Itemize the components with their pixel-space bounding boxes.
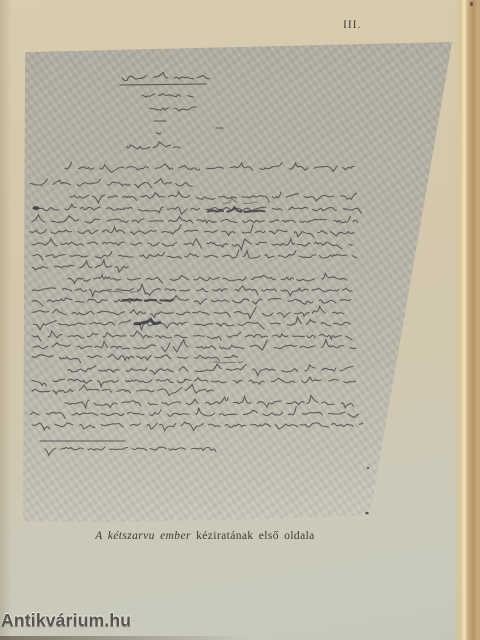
book-page: III. A kétszarvu ember kéziratának első … [0,0,480,640]
book-gutter-edge [454,0,480,640]
manuscript-photo [23,41,453,522]
bottom-edge-shadow [0,636,250,640]
paper-speck [470,2,473,6]
handwriting-svg [23,41,453,522]
caption-rest: kéziratának első oldala [191,530,315,542]
antikvarium-watermark: Antikvárium.hu [1,610,131,631]
left-margin-shade [0,0,12,640]
caption-work-title: A kétszarvu ember [95,530,191,542]
photo-caption: A kétszarvu ember kéziratának első oldal… [0,530,410,542]
gutter-highlight [463,0,466,640]
plate-number: III. [343,19,361,31]
